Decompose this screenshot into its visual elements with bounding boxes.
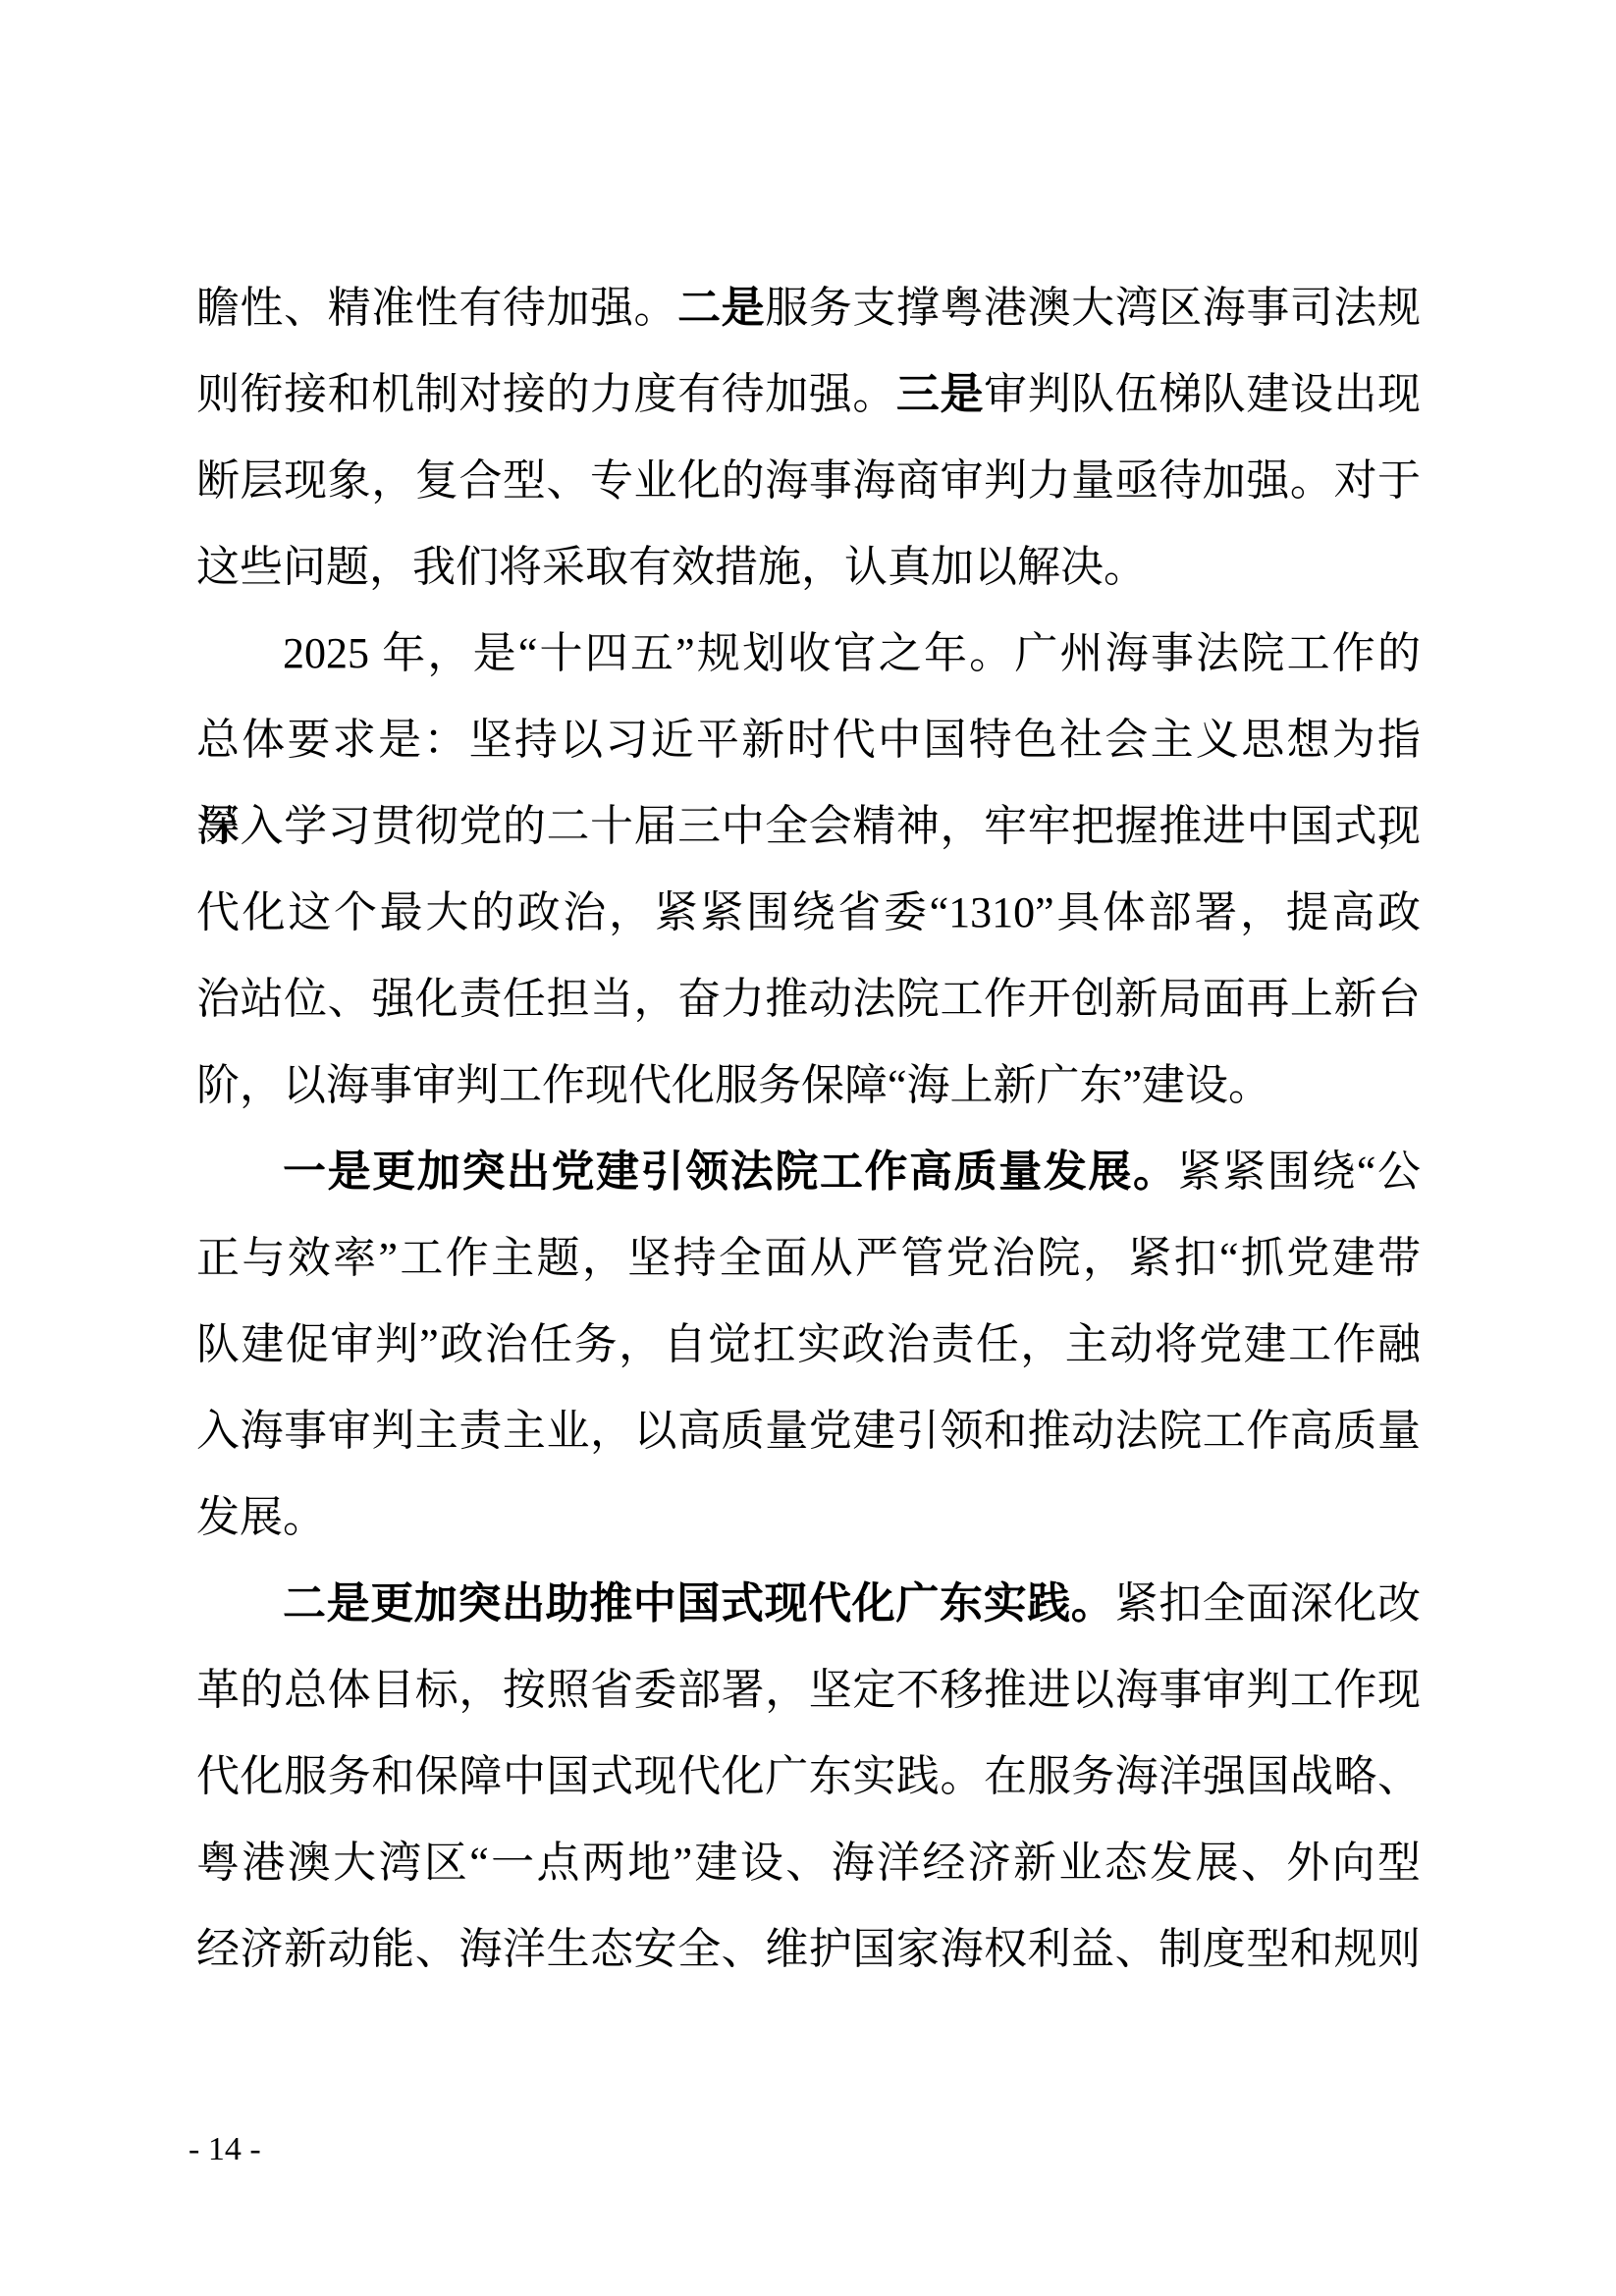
- text-run: 2025 年，是“十四五”规划收官之年。广州海事法院工作的: [283, 629, 1421, 677]
- text-run-bold: 二是: [677, 284, 765, 332]
- document-page: 瞻性、精准性有待加强。二是服务支撑粤港澳大湾区海事司法规 则衔接和机制对接的力度…: [0, 0, 1616, 2296]
- text-line: 粤港澳大湾区“一点两地”建设、海洋经济新业态发展、外向型: [196, 1820, 1421, 1906]
- text-line: 总体要求是：坚持以习近平新时代中国特色社会主义思想为指导，: [196, 697, 1421, 783]
- text-run: 发展。: [196, 1493, 326, 1541]
- text-run: 阶，以海事审判工作现代化服务保障“海上新广东”建设。: [196, 1061, 1271, 1109]
- text-run: 革的总体目标，按照省委部署，坚定不移推进以海事审判工作现: [196, 1666, 1421, 1714]
- body-text: 瞻性、精准性有待加强。二是服务支撑粤港澳大湾区海事司法规 则衔接和机制对接的力度…: [196, 265, 1421, 1993]
- text-line: 2025 年，是“十四五”规划收官之年。广州海事法院工作的: [196, 611, 1421, 697]
- text-run: 紧紧围绕“公: [1178, 1148, 1421, 1196]
- text-run: 这些问题，我们将采取有效措施，认真加以解决。: [196, 543, 1147, 591]
- text-line: 发展。: [196, 1474, 1421, 1561]
- page-footer: - 14 -: [189, 2128, 261, 2171]
- text-line: 代化服务和保障中国式现代化广东实践。在服务海洋强国战略、: [196, 1734, 1421, 1820]
- text-line: 治站位、强化责任担当，奋力推动法院工作开创新局面再上新台: [196, 956, 1421, 1042]
- text-run: 入海事审判主责主业，以高质量党建引领和推动法院工作高质量: [196, 1407, 1421, 1455]
- page-number: - 14 -: [189, 2131, 261, 2167]
- text-run: 审判队伍梯队建设出现: [984, 370, 1421, 418]
- text-run: 代化服务和保障中国式现代化广东实践。在服务海洋强国战略、: [196, 1752, 1421, 1800]
- text-run: 代化这个最大的政治，紧紧围绕省委“1310”具体部署，提高政: [196, 888, 1421, 936]
- text-run: 队建促审判”政治任务，自觉扛实政治责任，主动将党建工作融: [196, 1320, 1421, 1368]
- text-run: 瞻性、精准性有待加强。: [196, 284, 677, 332]
- text-line: 一是更加突出党建引领法院工作高质量发展。紧紧围绕“公: [196, 1129, 1421, 1215]
- text-line: 这些问题，我们将采取有效措施，认真加以解决。: [196, 524, 1421, 611]
- text-run-bold: 二是更加突出助推中国式现代化广东实践。: [283, 1579, 1114, 1628]
- text-line: 入海事审判主责主业，以高质量党建引领和推动法院工作高质量: [196, 1388, 1421, 1474]
- text-run-bold: 一是更加突出党建引领法院工作高质量发展。: [283, 1148, 1178, 1196]
- text-line: 断层现象，复合型、专业化的海事海商审判力量亟待加强。对于: [196, 438, 1421, 524]
- text-line: 革的总体目标，按照省委部署，坚定不移推进以海事审判工作现: [196, 1647, 1421, 1734]
- text-line: 瞻性、精准性有待加强。二是服务支撑粤港澳大湾区海事司法规: [196, 265, 1421, 351]
- text-run: 粤港澳大湾区“一点两地”建设、海洋经济新业态发展、外向型: [196, 1839, 1421, 1887]
- text-line: 正与效率”工作主题，坚持全面从严管党治院，紧扣“抓党建带: [196, 1215, 1421, 1302]
- text-line: 阶，以海事审判工作现代化服务保障“海上新广东”建设。: [196, 1042, 1421, 1129]
- text-run: 服务支撑粤港澳大湾区海事司法规: [765, 284, 1421, 332]
- text-line: 队建促审判”政治任务，自觉扛实政治责任，主动将党建工作融: [196, 1302, 1421, 1388]
- text-run: 断层现象，复合型、专业化的海事海商审判力量亟待加强。对于: [196, 456, 1421, 505]
- text-line: 经济新动能、海洋生态安全、维护国家海权利益、制度型和规则: [196, 1906, 1421, 1993]
- text-line: 二是更加突出助推中国式现代化广东实践。紧扣全面深化改: [196, 1561, 1421, 1647]
- text-run: 治站位、强化责任担当，奋力推动法院工作开创新局面再上新台: [196, 975, 1421, 1023]
- text-run: 经济新动能、海洋生态安全、维护国家海权利益、制度型和规则: [196, 1925, 1421, 1973]
- text-run: 正与效率”工作主题，坚持全面从严管党治院，紧扣“抓党建带: [196, 1234, 1421, 1282]
- text-run-bold: 三是: [896, 370, 984, 418]
- text-line: 则衔接和机制对接的力度有待加强。三是审判队伍梯队建设出现: [196, 351, 1421, 438]
- text-run: 则衔接和机制对接的力度有待加强。: [196, 370, 896, 418]
- text-run: 紧扣全面深化改: [1114, 1579, 1421, 1628]
- text-line: 深入学习贯彻党的二十届三中全会精神，牢牢把握推进中国式现: [196, 783, 1421, 870]
- text-run: 深入学习贯彻党的二十届三中全会精神，牢牢把握推进中国式现: [196, 802, 1421, 850]
- text-line: 代化这个最大的政治，紧紧围绕省委“1310”具体部署，提高政: [196, 870, 1421, 956]
